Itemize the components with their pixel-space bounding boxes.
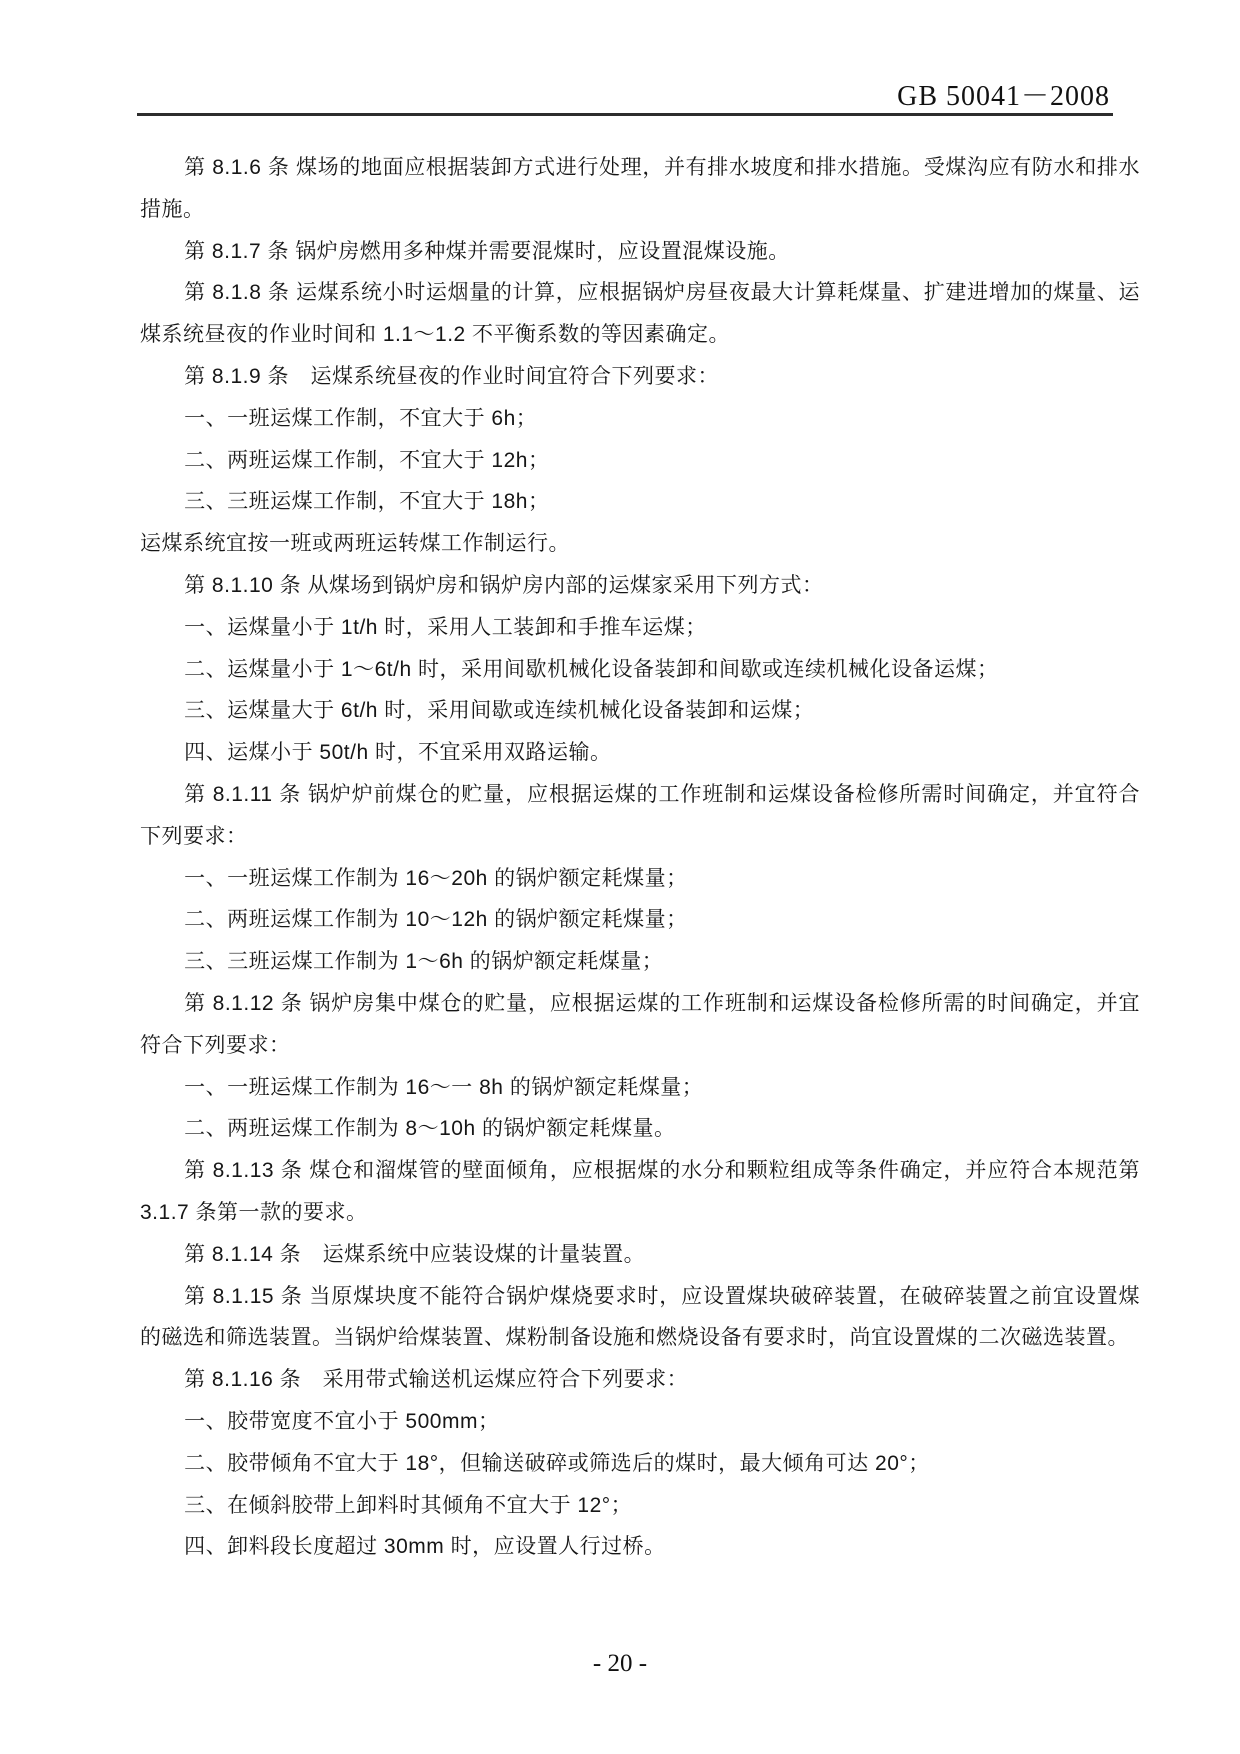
list-item-paragraph: 二、两班运煤工作制，不宜大于 12h； xyxy=(140,440,1140,482)
list-item-paragraph: 二、运煤量小于 1～6t/h 时，采用间歇机械化设备装卸和间歇或连续机械化设备运… xyxy=(140,649,1140,691)
document-page: GB 50041－2008 第 8.1.6 条 煤场的地面应根据装卸方式进行处理… xyxy=(0,0,1240,1754)
list-item-paragraph: 一、一班运煤工作制，不宜大于 6h； xyxy=(140,398,1140,440)
page-number: - 20 - xyxy=(0,1650,1240,1678)
list-item-paragraph: 一、一班运煤工作制为 16～一 8h 的锅炉额定耗煤量； xyxy=(140,1067,1140,1109)
clause-paragraph: 第 8.1.13 条 煤仓和溜煤管的壁面倾角，应根据煤的水分和颗粒组成等条件确定… xyxy=(140,1150,1140,1234)
clause-paragraph: 第 8.1.11 条 锅炉炉前煤仓的贮量，应根据运煤的工作班制和运煤设备检修所需… xyxy=(140,774,1140,858)
standard-code-header: GB 50041－2008 xyxy=(897,74,1110,114)
list-item-paragraph: 一、胶带宽度不宜小于 500mm； xyxy=(140,1401,1140,1443)
clause-paragraph: 第 8.1.8 条 运煤系统小时运烟量的计算，应根据锅炉房昼夜最大计算耗煤量、扩… xyxy=(140,272,1140,356)
list-item-paragraph: 三、在倾斜胶带上卸料时其倾角不宜大于 12°； xyxy=(140,1485,1140,1527)
list-item-paragraph: 一、一班运煤工作制为 16～20h 的锅炉额定耗煤量； xyxy=(140,858,1140,900)
list-item-paragraph: 四、运煤小于 50t/h 时，不宜采用双路运输。 xyxy=(140,732,1140,774)
list-item-paragraph: 三、三班运煤工作制为 1～6h 的锅炉额定耗煤量； xyxy=(140,941,1140,983)
list-item-paragraph: 三、三班运煤工作制，不宜大于 18h； xyxy=(140,481,1140,523)
clause-paragraph: 第 8.1.6 条 煤场的地面应根据装卸方式进行处理，并有排水坡度和排水措施。受… xyxy=(140,147,1140,231)
continuation-paragraph: 运煤系统宜按一班或两班运转煤工作制运行。 xyxy=(140,523,1140,565)
list-item-paragraph: 四、卸料段长度超过 30mm 时，应设置人行过桥。 xyxy=(140,1526,1140,1568)
clause-paragraph: 第 8.1.15 条 当原煤块度不能符合锅炉煤烧要求时，应设置煤块破碎装置，在破… xyxy=(140,1276,1140,1360)
document-body: 第 8.1.6 条 煤场的地面应根据装卸方式进行处理，并有排水坡度和排水措施。受… xyxy=(140,147,1140,1568)
list-item-paragraph: 三、运煤量大于 6t/h 时，采用间歇或连续机械化设备装卸和运煤； xyxy=(140,690,1140,732)
header-rule xyxy=(137,113,1113,116)
list-item-paragraph: 一、运煤量小于 1t/h 时，采用人工装卸和手推车运煤； xyxy=(140,607,1140,649)
clause-paragraph: 第 8.1.9 条 运煤系统昼夜的作业时间宜符合下列要求： xyxy=(140,356,1140,398)
clause-paragraph: 第 8.1.16 条 采用带式输送机运煤应符合下列要求： xyxy=(140,1359,1140,1401)
clause-paragraph: 第 8.1.7 条 锅炉房燃用多种煤并需要混煤时，应设置混煤设施。 xyxy=(140,231,1140,273)
list-item-paragraph: 二、两班运煤工作制为 8～10h 的锅炉额定耗煤量。 xyxy=(140,1108,1140,1150)
clause-paragraph: 第 8.1.12 条 锅炉房集中煤仓的贮量，应根据运煤的工作班制和运煤设备检修所… xyxy=(140,983,1140,1067)
list-item-paragraph: 二、两班运煤工作制为 10～12h 的锅炉额定耗煤量； xyxy=(140,899,1140,941)
list-item-paragraph: 二、胶带倾角不宜大于 18°，但输送破碎或筛选后的煤时，最大倾角可达 20°； xyxy=(140,1443,1140,1485)
clause-paragraph: 第 8.1.10 条 从煤场到锅炉房和锅炉房内部的运煤家采用下列方式： xyxy=(140,565,1140,607)
clause-paragraph: 第 8.1.14 条 运煤系统中应装设煤的计量装置。 xyxy=(140,1234,1140,1276)
